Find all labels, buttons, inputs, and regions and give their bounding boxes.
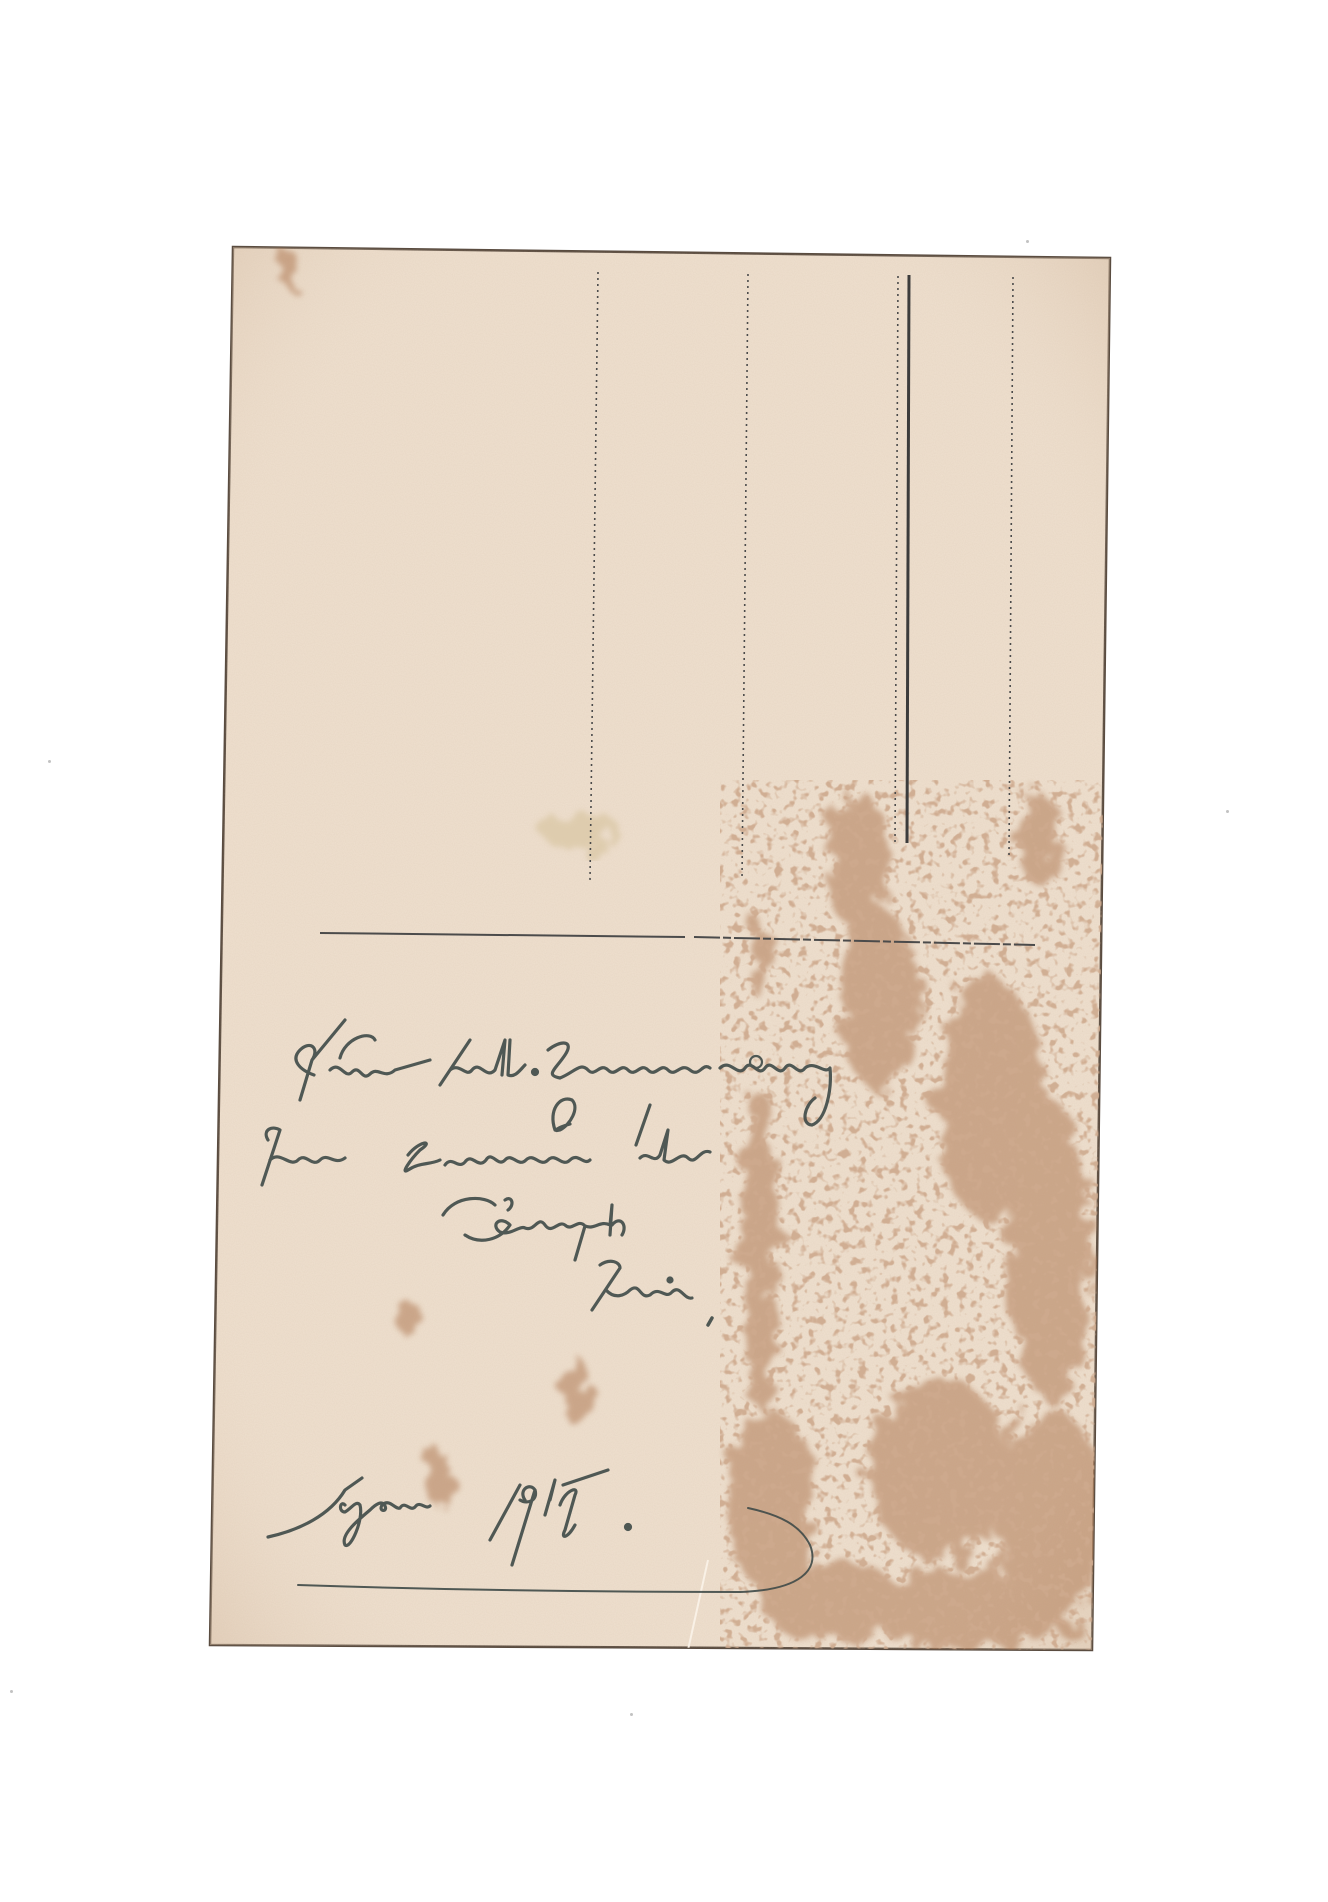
glue-mark <box>542 808 618 852</box>
dust-speck <box>1026 240 1029 243</box>
dust-speck <box>1226 810 1229 813</box>
photo-scene: Zur freundl. Erinnerung von Deinem liebe… <box>0 0 1328 1902</box>
dust-speck <box>48 760 51 763</box>
postcard-back <box>0 0 1328 1902</box>
dust-speck <box>630 1713 633 1716</box>
stamp-divider-line <box>907 275 909 843</box>
dust-speck <box>10 1690 13 1693</box>
